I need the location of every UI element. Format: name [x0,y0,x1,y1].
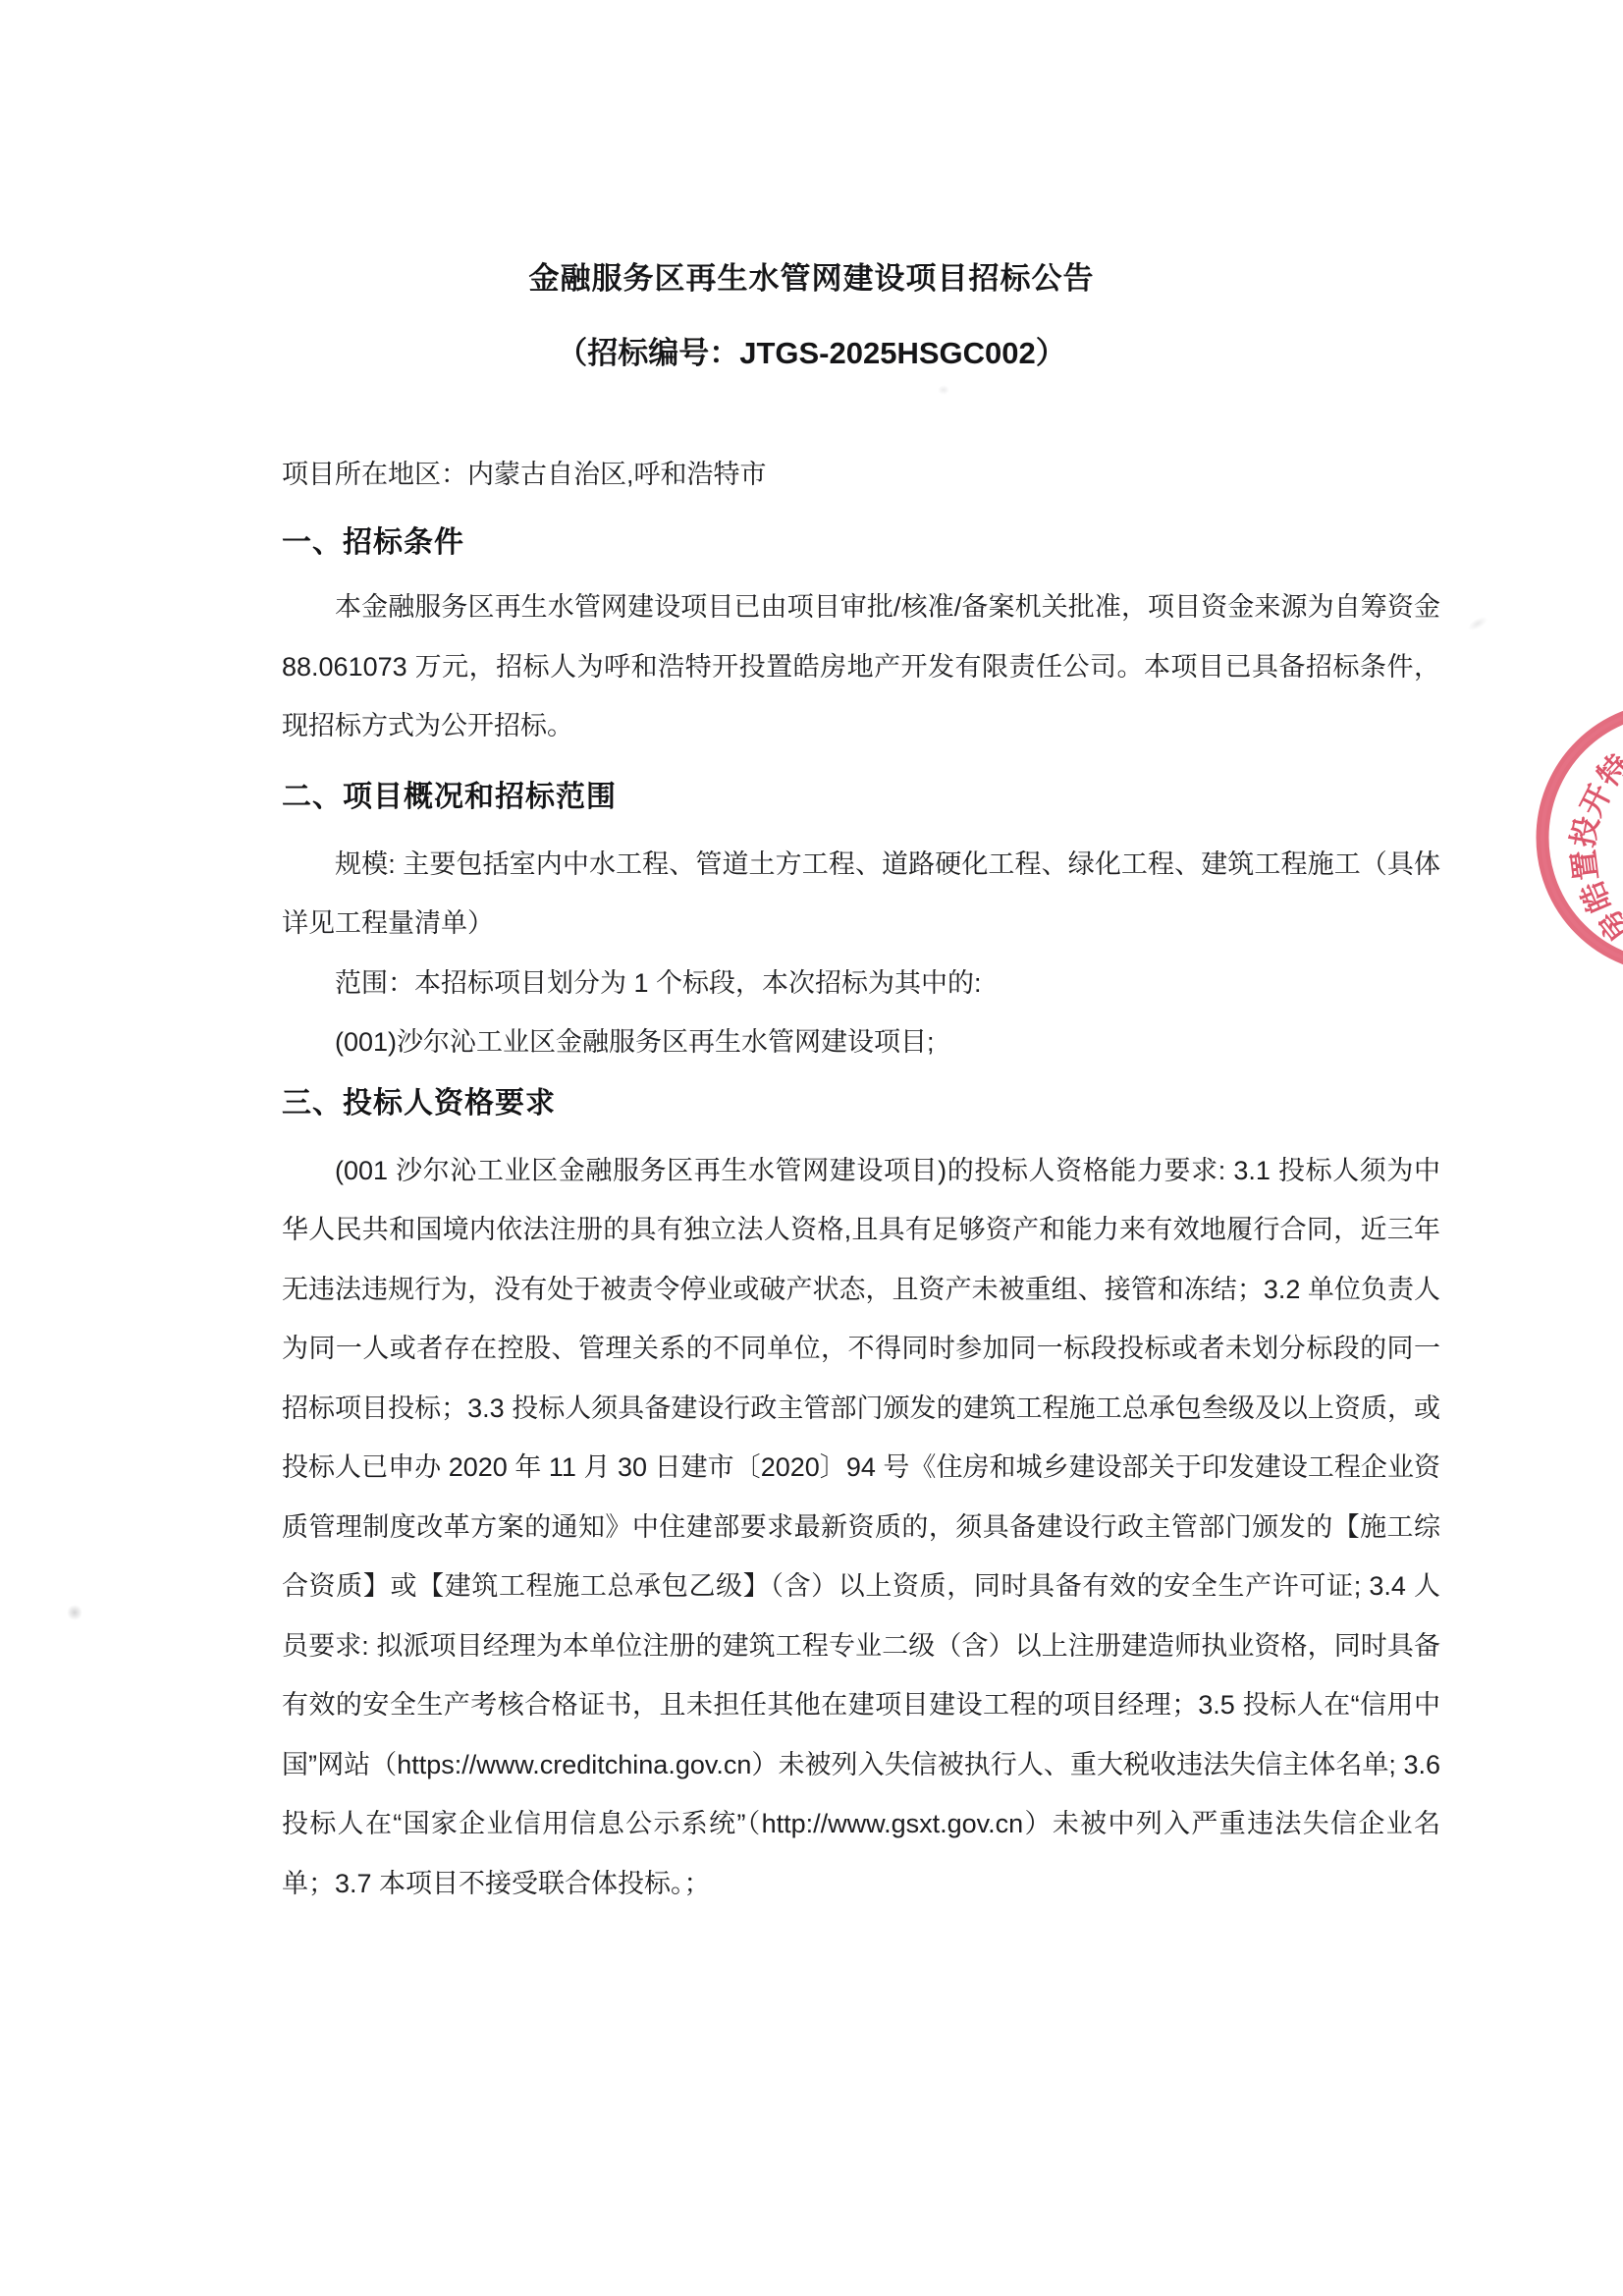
scan-artifact [1466,614,1489,633]
svg-text:置: 置 [1566,848,1604,883]
bidder-qualifications-paragraph: (001 沙尔沁工业区金融服务区再生水管网建设项目)的投标人资格能力要求: 3.… [282,1141,1440,1914]
bid-section-list-item: (001)沙尔沁工业区金融服务区再生水管网建设项目; [282,1012,1440,1072]
project-location-line: 项目所在地区：内蒙古自治区,呼和浩特市 [282,455,1440,494]
scan-artifact [938,385,949,395]
svg-text:开: 开 [1574,779,1618,822]
svg-text:房: 房 [1592,902,1623,949]
title-block: 金融服务区再生水管网建设项目招标公告 （招标编号：JTGS-2025HSGC00… [0,253,1623,372]
svg-text:特: 特 [1591,747,1623,793]
scan-artifact [67,1605,82,1620]
company-seal-stamp: 特 开 投 置 皓 房 [1528,692,1623,982]
section-heading-bidder-qualifications: 三、投标人资格要求 [282,1084,1440,1123]
tender-number: （招标编号：JTGS-2025HSGC002） [0,328,1623,372]
svg-text:投: 投 [1565,813,1604,849]
section-heading-tender-conditions: 一、招标条件 [282,523,1440,563]
svg-text:皓: 皓 [1574,876,1617,917]
project-scale-paragraph: 规模: 主要包括室内中水工程、管道土方工程、道路硬化工程、绿化工程、建筑工程施工… [282,835,1440,954]
document-page: 金融服务区再生水管网建设项目招标公告 （招标编号：JTGS-2025HSGC00… [0,0,1623,2296]
project-scope-paragraph: 范围：本招标项目划分为 1 个标段，本次招标为其中的: [282,954,1440,1013]
section-heading-project-overview: 二、项目概况和招标范围 [282,778,1440,817]
seal-arc-icon: 特 开 投 置 皓 房 [1528,692,1623,982]
tender-conditions-paragraph: 本金融服务区再生水管网建设项目已由项目审批/核准/备案机关批准，项目资金来源为自… [282,577,1440,756]
document-title: 金融服务区再生水管网建设项目招标公告 [0,253,1623,298]
document-body: 项目所在地区：内蒙古自治区,呼和浩特市 一、招标条件 本金融服务区再生水管网建设… [282,455,1440,1913]
